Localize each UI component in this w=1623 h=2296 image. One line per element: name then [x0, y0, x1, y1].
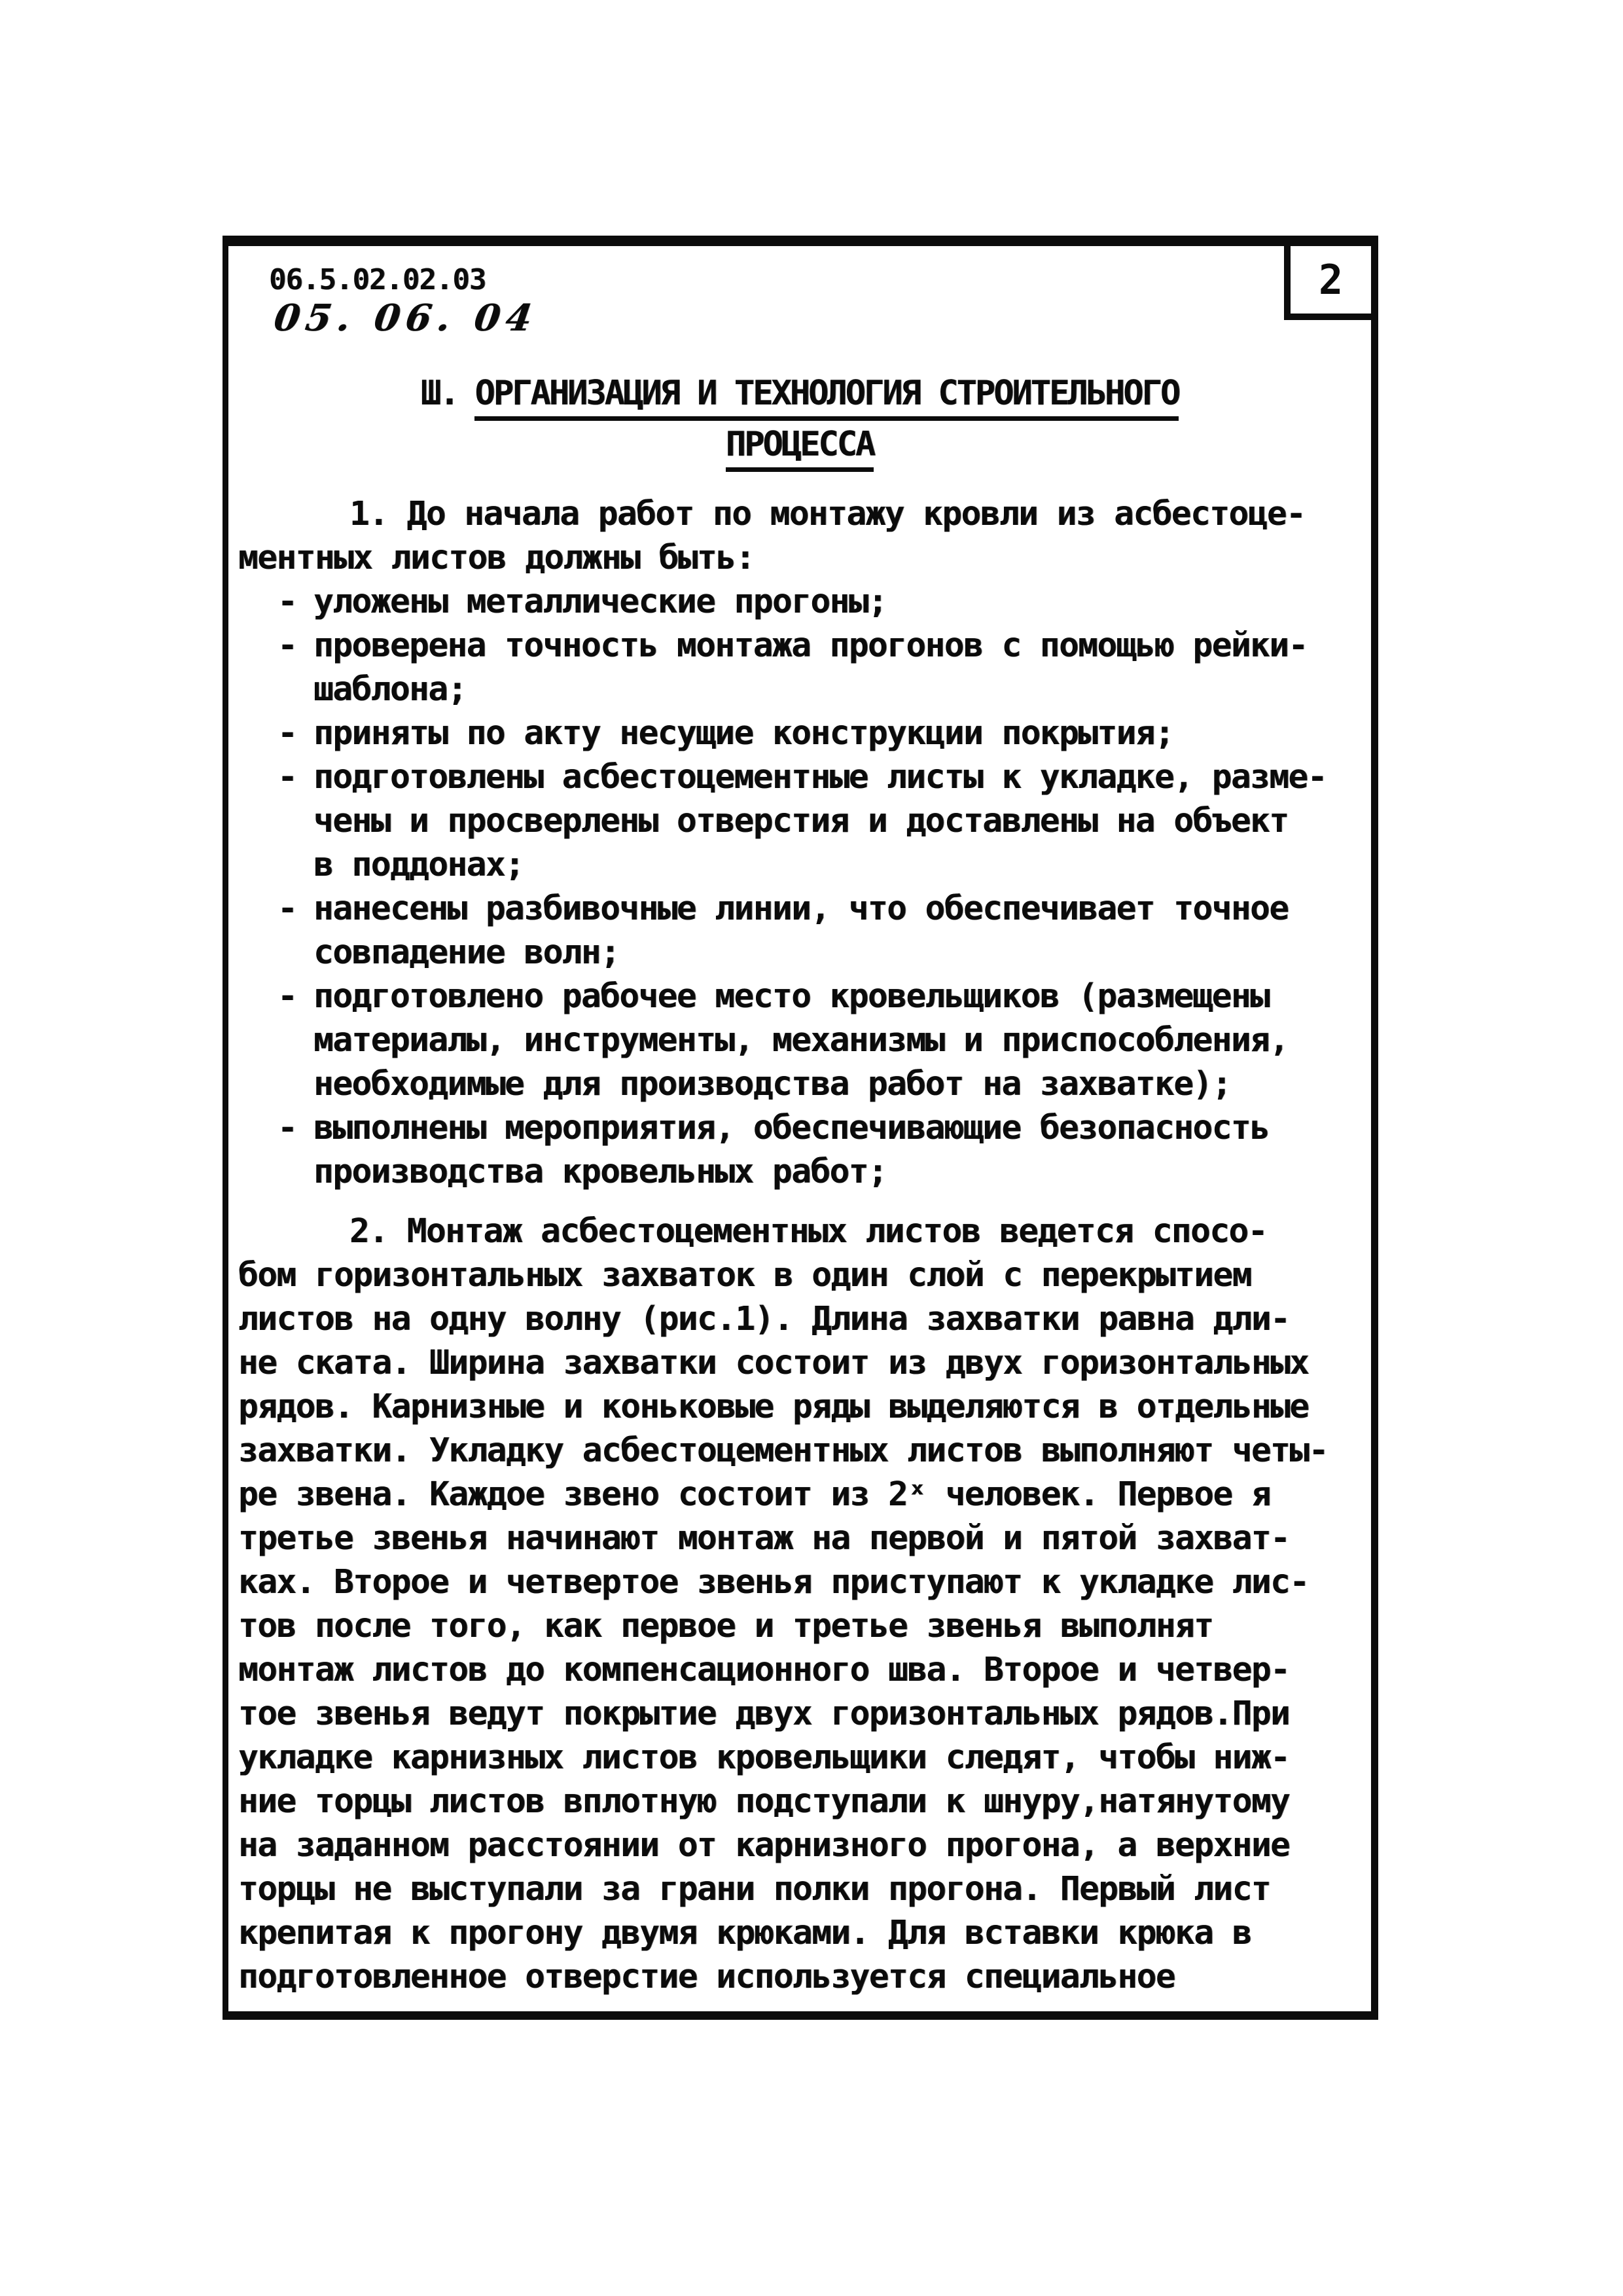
- list-item: - проверена точность монтажа прогонов с …: [238, 624, 1367, 711]
- list-item-text: проверена точность монтажа прогонов с по…: [313, 624, 1367, 711]
- dash-marker: -: [238, 580, 313, 624]
- dash-marker: -: [238, 624, 313, 668]
- section-number: Ш.: [421, 374, 458, 413]
- dash-marker: -: [238, 1106, 313, 1150]
- section-title-text: ОРГАНИЗАЦИЯ И ТЕХНОЛОГИЯ СТРОИТЕЛЬНОГО: [474, 374, 1179, 421]
- list-item-text: нанесены разбивочные линии, что обеспечи…: [313, 887, 1367, 975]
- list-item-text: подготовлены асбестоцементные листы к ук…: [313, 755, 1367, 887]
- section-title-line-1: Ш.ОРГАНИЗАЦИЯ И ТЕХНОЛОГИЯ СТРОИТЕЛЬНОГО: [228, 368, 1371, 419]
- list-item: - подготовлено рабочее место кровельщико…: [238, 975, 1367, 1106]
- document-frame: 2 06.5.02.02.03 05. 06. 04 Ш.ОРГАНИЗАЦИЯ…: [223, 236, 1378, 2020]
- list-item-text: уложены металлические прогоны;: [313, 580, 1367, 624]
- dash-marker: -: [238, 711, 313, 755]
- paragraph-1: 1. До начала работ по монтажу кровли из …: [238, 492, 1367, 580]
- list-item-text: выполнены мероприятия, обеспечивающие бе…: [313, 1106, 1367, 1194]
- section-title: Ш.ОРГАНИЗАЦИЯ И ТЕХНОЛОГИЯ СТРОИТЕЛЬНОГО…: [228, 368, 1371, 470]
- list-item: - подготовлены асбестоцементные листы к …: [238, 755, 1367, 887]
- document-code-typed: 06.5.02.02.03: [269, 263, 1371, 297]
- list-item: - выполнены мероприятия, обеспечивающие …: [238, 1106, 1367, 1194]
- list-item: - приняты по акту несущие конструкции по…: [238, 711, 1367, 755]
- paragraph-2: 2. Монтаж асбестоцементных листов ведетс…: [238, 1210, 1367, 1999]
- list-item-text: подготовлено рабочее место кровельщиков …: [313, 975, 1367, 1106]
- list-item-text: приняты по акту несущие конструкции покр…: [313, 711, 1367, 755]
- list-item: - нанесены разбивочные линии, что обеспе…: [238, 887, 1367, 975]
- dash-marker: -: [238, 975, 313, 1018]
- section-title-line-2: ПРОЦЕССА: [228, 419, 1371, 470]
- dash-marker: -: [238, 887, 313, 931]
- prerequisites-list: - уложены металлические прогоны; - прове…: [238, 580, 1367, 1194]
- document-body: 1. До начала работ по монтажу кровли из …: [228, 492, 1371, 1999]
- document-codes: 06.5.02.02.03 05. 06. 04: [269, 263, 1371, 338]
- scanned-document-page: 2 06.5.02.02.03 05. 06. 04 Ш.ОРГАНИЗАЦИЯ…: [0, 0, 1623, 2296]
- page-number: 2: [1319, 256, 1343, 304]
- list-item: - уложены металлические прогоны;: [238, 580, 1367, 624]
- document-code-handwritten: 05. 06. 04: [272, 298, 1376, 338]
- section-title-text-2: ПРОЦЕССА: [726, 425, 874, 472]
- dash-marker: -: [238, 755, 313, 799]
